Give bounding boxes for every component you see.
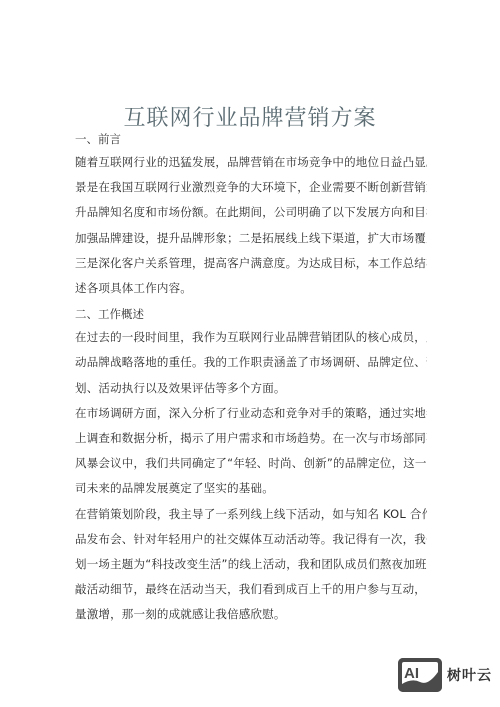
paragraph: 在市场调研方面，深入分析了行业动态和竞争对手的策略，通过实地考察、线 上调查和数… bbox=[75, 401, 427, 502]
paragraph: 随着互联网行业的迅猛发展，品牌营销在市场竞争中的地位日益凸显。工作背 景是在我国… bbox=[75, 150, 427, 301]
svg-text:AI: AI bbox=[404, 665, 419, 682]
text-line: 上调查和数据分析，揭示了用户需求和市场趋势。在一次与市场部同事的头脑 bbox=[75, 426, 427, 451]
text-line: 加强品牌建设，提升品牌形象；二是拓展线上线下渠道，扩大市场覆盖范围； bbox=[75, 226, 427, 251]
text-line: 升品牌知名度和市场份额。在此期间，公司明确了以下发展方向和目标：一是 bbox=[75, 200, 427, 225]
watermark-label: 树叶云 bbox=[447, 665, 492, 685]
text-line: 敲活动细节，最终在活动当天，我们看到成百上千的用户参与互动，品牌话题 bbox=[75, 577, 427, 602]
text-line: 风暴会议中，我们共同确定了“年轻、时尚、创新”的品牌定位，这一决策为公 bbox=[75, 451, 427, 476]
text-line: 司未来的品牌发展奠定了坚实的基础。 bbox=[75, 476, 427, 501]
text-line: 景是在我国互联网行业激烈竞争的大环境下，企业需要不断创新营销策略以提 bbox=[75, 175, 427, 200]
text-line: 动品牌战略落地的重任。我的工作职责涵盖了市场调研、品牌定位、营销策 bbox=[75, 350, 427, 375]
watermark: AI 树叶云 bbox=[398, 658, 492, 692]
text-line: 在市场调研方面，深入分析了行业动态和竞争对手的策略，通过实地考察、线 bbox=[75, 401, 427, 426]
document-page: 互联网行业品牌营销方案 一、前言 随着互联网行业的迅猛发展，品牌营销在市场竞争中… bbox=[0, 0, 500, 707]
text-line: 在过去的一段时间里，我作为互联网行业品牌营销团队的核心成员，肩负着推 bbox=[75, 325, 427, 350]
text-line: 划一场主题为“科技改变生活”的线上活动，我和团队成员们熬夜加班，反复推 bbox=[75, 552, 427, 577]
text-line: 品发布会、针对年轻用户的社交媒体互动活动等。我记得有一次，我们为了策 bbox=[75, 527, 427, 552]
text-line: 随着互联网行业的迅猛发展，品牌营销在市场竞争中的地位日益凸显。工作背 bbox=[75, 150, 427, 175]
paragraph: 在过去的一段时间里，我作为互联网行业品牌营销团队的核心成员，肩负着推 动品牌战略… bbox=[75, 325, 427, 401]
document-body: 一、前言 随着互联网行业的迅猛发展，品牌营销在市场竞争中的地位日益凸显。工作背 … bbox=[75, 128, 427, 628]
section-heading-overview: 二、工作概述 bbox=[75, 303, 427, 325]
text-line: 在营销策划阶段，我主导了一系列线上线下活动，如与知名 KOL 合作举办的产 bbox=[75, 502, 427, 527]
text-line: 三是深化客户关系管理，提高客户满意度。为达成目标，本工作总结将详细阐 bbox=[75, 251, 427, 276]
paragraph: 在营销策划阶段，我主导了一系列线上线下活动，如与知名 KOL 合作举办的产 品发… bbox=[75, 502, 427, 628]
text-line: 述各项具体工作内容。 bbox=[75, 276, 427, 301]
ai-image-icon: AI bbox=[398, 658, 442, 692]
text-line: 划、活动执行以及效果评估等多个方面。 bbox=[75, 376, 427, 401]
text-line: 量激增，那一刻的成就感让我倍感欣慰。 bbox=[75, 602, 427, 627]
section-heading-preface: 一、前言 bbox=[75, 128, 427, 150]
